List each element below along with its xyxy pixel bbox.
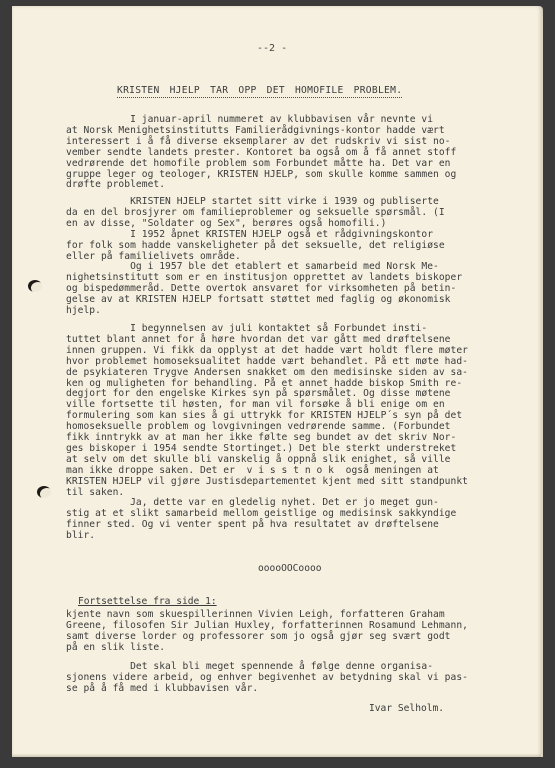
- text-line: KRISTEN HJELP vil gjøre Justisdepartemen…: [66, 477, 468, 488]
- text-line: de psykiateren Trygve Andersen snakket o…: [66, 368, 468, 379]
- text-line: blir.: [66, 531, 95, 542]
- text-line: man ikke droppe saken. Det er v i s s t …: [66, 466, 439, 477]
- text-line: vedrørende det homofile problem som Forb…: [66, 159, 451, 170]
- text-line: på en slik liste.: [66, 643, 165, 654]
- text-line: vember sendte landets prester. Kontoret …: [66, 148, 456, 159]
- text-line: hjelp.: [66, 306, 101, 317]
- article-title: KRISTEN HJELP TAR OPP DET HOMOFILE PROBL…: [117, 85, 402, 98]
- text-line: hvor problemet homoseksualitet hadde vær…: [66, 357, 468, 368]
- author-signature: Ivar Selholm.: [369, 703, 444, 714]
- text-line: for folk som hadde vanskeligheter på det…: [66, 241, 445, 252]
- section-separator: ooooOOCoooo: [258, 563, 322, 574]
- text-line: finner sted. Og vi venter spent på hva r…: [66, 520, 439, 531]
- text-line: se på å få med i klubbavisen vår.: [66, 684, 258, 695]
- text-line: I 1952 åpnet KRISTEN HJELP også et rådgi…: [66, 230, 433, 241]
- text-line: gelse av at KRISTEN HJELP fortsatt støtt…: [66, 295, 451, 306]
- punch-hole-top: [28, 280, 42, 292]
- text-line: drøfte problemet.: [66, 180, 165, 191]
- document-page: --2 - KRISTEN HJELP TAR OPP DET HOMOFILE…: [12, 6, 543, 757]
- continuation-heading: Fortsettelse fra side 1:: [78, 596, 217, 607]
- punch-hole-bottom: [37, 486, 51, 498]
- page-number: --2 -: [257, 43, 287, 54]
